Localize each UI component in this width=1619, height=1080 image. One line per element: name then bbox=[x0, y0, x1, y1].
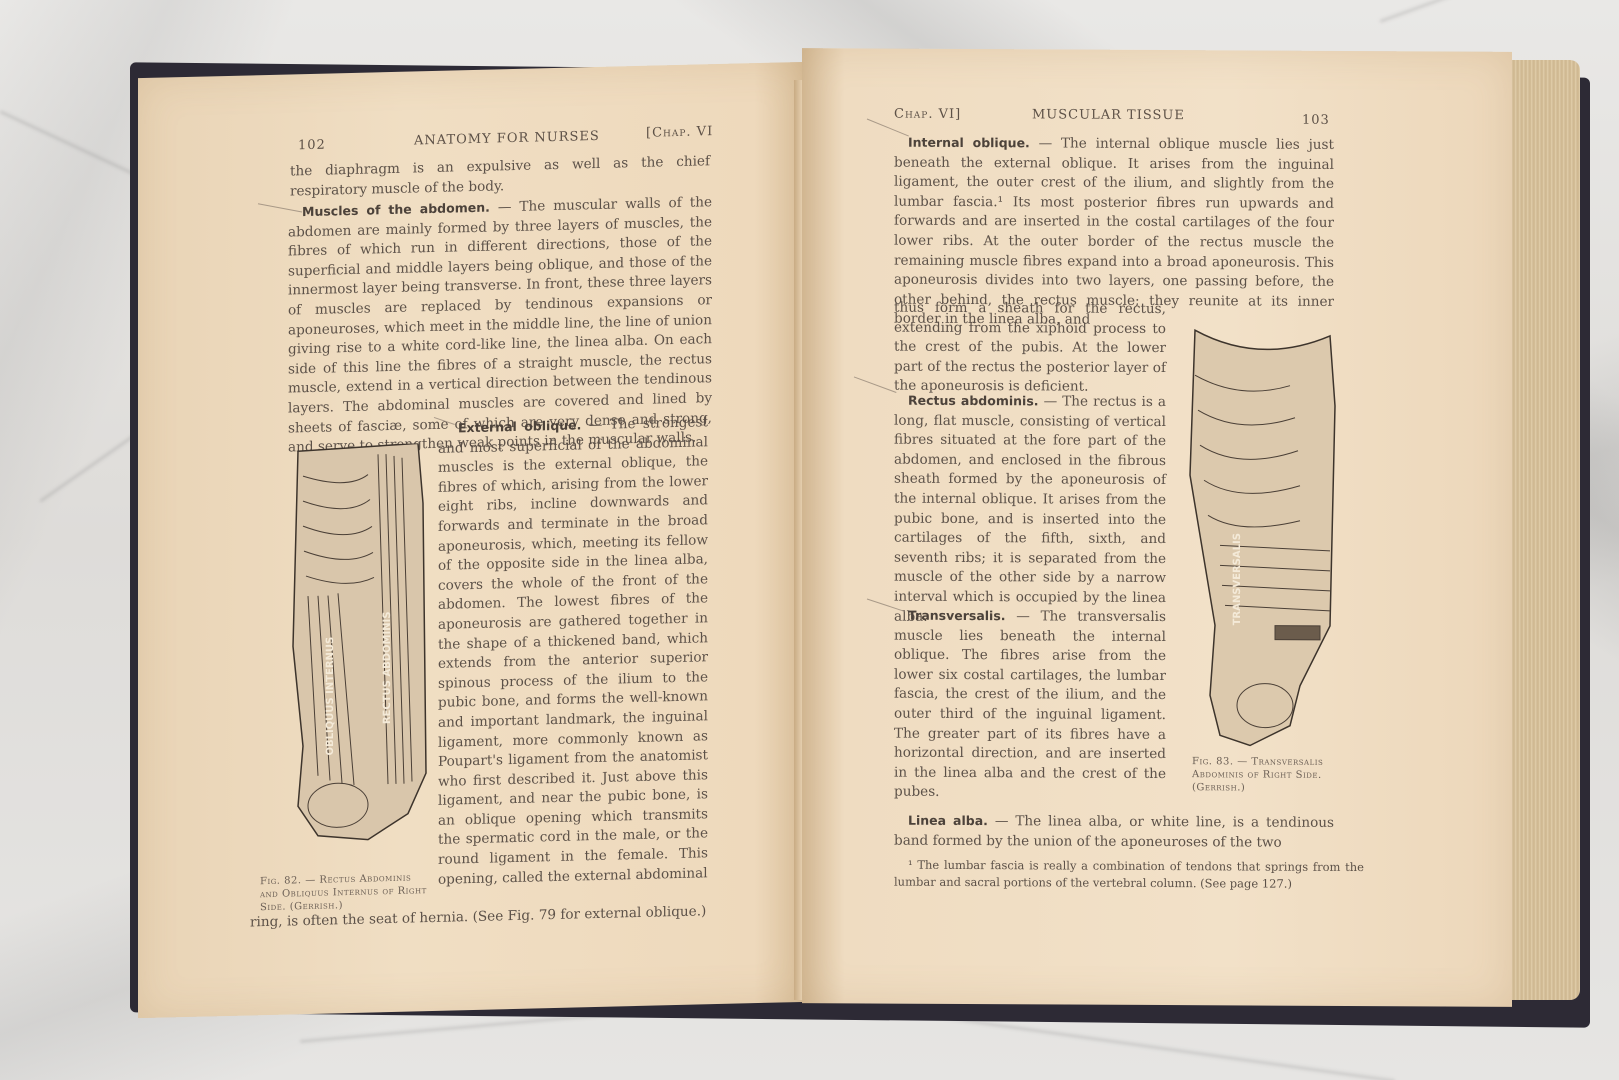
page-number: 103 bbox=[1302, 111, 1330, 131]
footnote: ¹ The lumbar fascia is really a combinat… bbox=[894, 857, 1364, 893]
marble-vein bbox=[1379, 0, 1606, 23]
chapter-marker: Chap. VI] bbox=[894, 105, 961, 125]
section-heading: Rectus abdominis. bbox=[908, 393, 1039, 409]
section-body: — The rectus is a long, flat muscle, con… bbox=[894, 393, 1166, 624]
figure-label-transversalis: TRANSVERSALIS bbox=[1232, 533, 1243, 625]
section-heading: Internal oblique. bbox=[908, 135, 1030, 151]
left-page: 102 ANATOMY FOR NURSES [Chap. VI the dia… bbox=[138, 62, 808, 1018]
right-page: Chap. VI] MUSCULAR TISSUE 103 Internal o… bbox=[802, 48, 1512, 1007]
figure-82-caption: Fig. 82. — Rectus Abdominis and Obliquus… bbox=[260, 871, 430, 914]
running-title: MUSCULAR TISSUE bbox=[1032, 105, 1185, 125]
figure-83-illustration: TRANSVERSALIS bbox=[1180, 325, 1345, 756]
section-body: — The transversalis muscle lies beneath … bbox=[894, 608, 1166, 800]
section-internal-oblique-cont: thus form a sheath for the rectus, exten… bbox=[894, 299, 1166, 398]
open-book: 102 ANATOMY FOR NURSES [Chap. VI the dia… bbox=[130, 50, 1590, 1025]
figure-label-rectus: RECTUS ABDOMINIS bbox=[382, 611, 393, 724]
figure-label-obliquus: OBLIQUUS INTERNUS bbox=[325, 637, 336, 756]
section-heading: Transversalis. bbox=[908, 608, 1006, 624]
pencil-mark bbox=[854, 376, 897, 393]
figure-83-caption: Fig. 83. — Transversalis Abdominis of Ri… bbox=[1192, 755, 1362, 795]
figure-82-illustration: OBLIQUUS INTERNUS RECTUS ABDOMINIS bbox=[278, 443, 438, 847]
section-rectus-abdominis: Rectus abdominis. — The rectus is a long… bbox=[894, 391, 1166, 629]
page-number: 102 bbox=[298, 136, 326, 156]
section-heading: Linea alba. bbox=[908, 813, 988, 828]
section-external-oblique: External oblique. — The strongest and mo… bbox=[438, 412, 708, 890]
section-body: — The strongest and most superficial of … bbox=[438, 414, 708, 887]
section-heading: External oblique. bbox=[458, 417, 581, 435]
chapter-marker: [Chap. VI bbox=[646, 122, 713, 143]
running-title: ANATOMY FOR NURSES bbox=[414, 127, 600, 151]
page-edges bbox=[1500, 60, 1580, 1000]
section-linea-alba: Linea alba. — The linea alba, or white l… bbox=[894, 811, 1334, 853]
section-heading: Muscles of the abdomen. bbox=[302, 200, 490, 220]
section-transversalis: Transversalis. — The transversalis muscl… bbox=[894, 606, 1166, 804]
